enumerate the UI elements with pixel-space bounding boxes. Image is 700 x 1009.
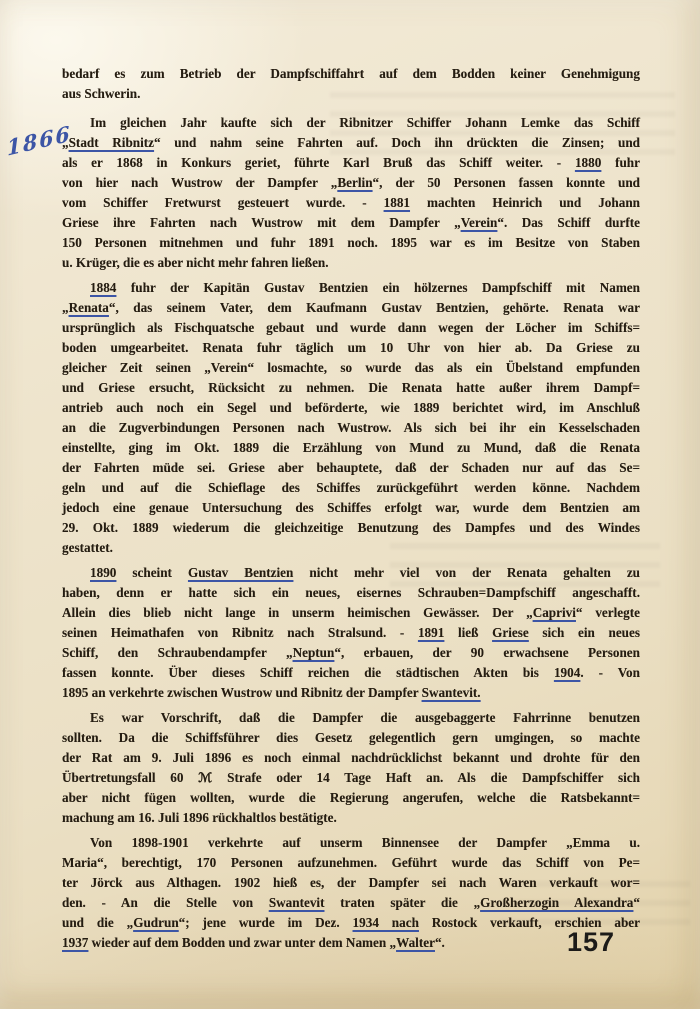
text-line: u. Krüger, die es aber nicht mehr fahren… (62, 253, 640, 273)
text-line: Es war Vorschrift, daß die Dampfer die a… (62, 708, 640, 728)
paragraph: 1890 scheint Gustav Bentzien nicht mehr … (62, 563, 640, 703)
book-page: 1866 bedarf es zum Betrieb der Dampfschi… (0, 0, 700, 1009)
text-line: vom Schiffer Fretwurst gesteuert wurde. … (62, 193, 640, 213)
text-run: nicht mehr viel von der Renata gehalten … (293, 565, 640, 580)
text-line: Schiff, den Schraubendampfer „Neptun“, e… (62, 643, 640, 663)
text-line: ursprünglich als Fischquatsche gebaut un… (62, 318, 640, 338)
paragraph: bedarf es zum Betrieb der Dampfschiffahr… (62, 64, 640, 104)
text-run: Im gleichen Jahr kaufte sich der Ribnitz… (90, 115, 640, 130)
text-line: als er 1868 in Konkurs geriet, führte Ka… (62, 153, 640, 173)
text-run: aus Schwerin. (62, 86, 140, 101)
text-run: „ (62, 135, 69, 150)
ink-underlined-text: 1881 (384, 195, 410, 210)
text-line: Übertretungsfall 60 ℳ Strafe oder 14 Tag… (62, 768, 640, 788)
text-run: “. (435, 935, 445, 950)
text-run: an die Zugverbindungen Personen nach Wus… (62, 420, 640, 435)
text-run: jedoch eine genaue Untersuchung des Schi… (62, 500, 640, 515)
ink-underlined-text: Berlin (337, 175, 372, 190)
paragraph: 1884 fuhr der Kapitän Gustav Bentzien ei… (62, 278, 640, 558)
text-run: den. - An die Stelle von (62, 895, 269, 910)
text-run: geln und auf die Schieflage des Schiffes… (62, 480, 640, 495)
text-run: haben, denn er hatte sich ein neues, eis… (62, 585, 640, 600)
text-line: gestattet. (62, 538, 640, 558)
ink-underlined-text: Renata (69, 300, 109, 315)
text-run: von hier nach Wustrow der Dampfer „ (62, 175, 337, 190)
text-run: ließ (444, 625, 492, 640)
text-run: machung am 16. Juli 1896 rückhaltlos bes… (62, 810, 337, 825)
text-run: traten später die „ (325, 895, 481, 910)
text-run: der Fahrten müde sei. Griese aber behaup… (62, 460, 640, 475)
text-line: einstellte, ging im Okt. 1889 die Erzähl… (62, 438, 640, 458)
text-line: fassen konnte. Über dieses Schiff reiche… (62, 663, 640, 683)
paragraph: Es war Vorschrift, daß die Dampfer die a… (62, 708, 640, 828)
text-line: der Rat am 9. Juli 1896 es noch einmal n… (62, 748, 640, 768)
text-line: machung am 16. Juli 1896 rückhaltlos bes… (62, 808, 640, 828)
text-line: Von 1898-1901 verkehrte auf unserm Binne… (62, 833, 640, 853)
text-line: den. - An die Stelle von Swantevit trate… (62, 893, 640, 913)
text-run: Übertretungsfall 60 ℳ Strafe oder 14 Tag… (62, 770, 640, 785)
text-run: 1895 an verkehrte zwischen Wustrow und R… (62, 685, 422, 700)
ink-underlined-text: Caprivi (533, 605, 576, 620)
text-line: Im gleichen Jahr kaufte sich der Ribnitz… (62, 113, 640, 133)
text-line: von hier nach Wustrow der Dampfer „Berli… (62, 173, 640, 193)
text-run: bedarf es zum Betrieb der Dampfschiffahr… (62, 66, 640, 81)
text-run: als er 1868 in Konkurs geriet, führte Ka… (62, 155, 575, 170)
text-run: scheint (116, 565, 188, 580)
ink-underlined-text: Stadt Ribnitz (69, 135, 154, 150)
text-run: “ und nahm seine Fahrten auf. Doch ihn d… (154, 135, 640, 150)
text-run: sollten. Da die Schiffsführer dies Geset… (62, 730, 640, 745)
text-line: gleicher Zeit seinen „Verein“ losmachte,… (62, 358, 640, 378)
text-line: 1895 an verkehrte zwischen Wustrow und R… (62, 683, 640, 703)
text-line: 1890 scheint Gustav Bentzien nicht mehr … (62, 563, 640, 583)
text-run: und Griese ersucht, Rücksicht zu nehmen.… (62, 380, 640, 395)
ink-underlined-text: Walter (396, 935, 435, 950)
text-line: Maria“, berechtigt, 170 Personen aufzune… (62, 853, 640, 873)
text-run: “ (633, 895, 640, 910)
text-run: “, erbauen, der 90 erwachsene Personen (334, 645, 640, 660)
text-run: boden umgearbeitet. Renata fuhr täglich … (62, 340, 640, 355)
text-run: „ (62, 300, 69, 315)
ink-underlined-text: Griese (492, 625, 529, 640)
ink-underlined-text: Verein (461, 215, 498, 230)
text-run: Maria“, berechtigt, 170 Personen aufzune… (62, 855, 640, 870)
text-run: wieder auf dem Bodden und zwar unter dem… (88, 935, 396, 950)
text-run: “; jene wurde im Dez. (179, 915, 353, 930)
text-line: antrieb auch noch ein Segel und beförder… (62, 398, 640, 418)
text-run: einstellte, ging im Okt. 1889 die Erzähl… (62, 440, 640, 455)
text-line: 1884 fuhr der Kapitän Gustav Bentzien ei… (62, 278, 640, 298)
text-line: 1937 wieder auf dem Bodden und zwar unte… (62, 933, 640, 953)
text-run: Es war Vorschrift, daß die Dampfer die a… (90, 710, 640, 725)
page-number: 157 (556, 927, 626, 958)
text-run: der Rat am 9. Juli 1896 es noch einmal n… (62, 750, 640, 765)
text-run: seinen Heimathafen von Ribnitz nach Stra… (62, 625, 418, 640)
text-line: 150 Personen mitnehmen und fuhr 1891 noc… (62, 233, 640, 253)
text-line: aus Schwerin. (62, 84, 640, 104)
ink-underlined-text: 1904 (554, 665, 580, 680)
page-text: bedarf es zum Betrieb der Dampfschiffahr… (62, 64, 640, 953)
text-line: Griese ihre Fahrten nach Wustrow mit dem… (62, 213, 640, 233)
ink-underlined-text: Gudrun (133, 915, 178, 930)
text-run: vom Schiffer Fretwurst gesteuert wurde. … (62, 195, 384, 210)
text-run: Von 1898-1901 verkehrte auf unserm Binne… (90, 835, 640, 850)
text-line: boden umgearbeitet. Renata fuhr täglich … (62, 338, 640, 358)
text-line: jedoch eine genaue Untersuchung des Schi… (62, 498, 640, 518)
text-run: 29. Okt. 1889 wiederum die gleichzeitige… (62, 520, 640, 535)
text-run: gleicher Zeit seinen „Verein“ losmachte,… (62, 360, 640, 375)
text-line: seinen Heimathafen von Ribnitz nach Stra… (62, 623, 640, 643)
text-run: machten Heinrich und Johann (410, 195, 640, 210)
text-run: “, der 50 Personen fassen konnte und (373, 175, 640, 190)
text-line: haben, denn er hatte sich ein neues, eis… (62, 583, 640, 603)
text-run: und die „ (62, 915, 133, 930)
ink-underlined-text: 1937 (62, 935, 88, 950)
text-line: aber nicht fügen wollten, wurde die Regi… (62, 788, 640, 808)
ink-underlined-text: Swantevit (269, 895, 325, 910)
text-run: fuhr der Kapitän Gustav Bentzien ein höl… (116, 280, 640, 295)
ink-underlined-text: 1890 (90, 565, 116, 580)
text-line: und die „Gudrun“; jene wurde im Dez. 193… (62, 913, 640, 933)
text-run: Allein dies blieb nicht lange in unserm … (62, 605, 533, 620)
text-run: fassen konnte. Über dieses Schiff reiche… (62, 665, 554, 680)
text-run: gestattet. (62, 540, 113, 555)
ink-underlined-text: 1884 (90, 280, 116, 295)
text-run: 150 Personen mitnehmen und fuhr 1891 noc… (62, 235, 640, 250)
ink-underlined-text: Großherzogin Alexandra (480, 895, 633, 910)
text-line: bedarf es zum Betrieb der Dampfschiffahr… (62, 64, 640, 84)
text-line: und Griese ersucht, Rücksicht zu nehmen.… (62, 378, 640, 398)
text-line: 29. Okt. 1889 wiederum die gleichzeitige… (62, 518, 640, 538)
text-run: antrieb auch noch ein Segel und beförder… (62, 400, 640, 415)
text-run: . - Von (580, 665, 640, 680)
text-run: ursprünglich als Fischquatsche gebaut un… (62, 320, 640, 335)
text-run: “. Das Schiff durfte (497, 215, 640, 230)
text-run: Griese ihre Fahrten nach Wustrow mit dem… (62, 215, 461, 230)
paragraph: Von 1898-1901 verkehrte auf unserm Binne… (62, 833, 640, 953)
ink-underlined-text: 1880 (575, 155, 601, 170)
text-run: u. Krüger, die es aber nicht mehr fahren… (62, 255, 329, 270)
text-line: „Stadt Ribnitz“ und nahm seine Fahrten a… (62, 133, 640, 153)
text-line: Allein dies blieb nicht lange in unserm … (62, 603, 640, 623)
ink-underlined-text: 1891 (418, 625, 444, 640)
text-run: fuhr (601, 155, 640, 170)
text-run: Schiff, den Schraubendampfer „ (62, 645, 293, 660)
text-line: ter Jörck aus Althagen. 1902 hieß es, de… (62, 873, 640, 893)
text-line: der Fahrten müde sei. Griese aber behaup… (62, 458, 640, 478)
text-line: an die Zugverbindungen Personen nach Wus… (62, 418, 640, 438)
ink-underlined-text: 1934 nach (353, 915, 419, 930)
text-run: “, das seinem Vater, dem Kaufmann Gustav… (109, 300, 640, 315)
paragraph: Im gleichen Jahr kaufte sich der Ribnitz… (62, 113, 640, 273)
text-line: „Renata“, das seinem Vater, dem Kaufmann… (62, 298, 640, 318)
ink-underlined-text: Swantevit. (422, 685, 481, 700)
text-line: geln und auf die Schieflage des Schiffes… (62, 478, 640, 498)
text-run: ter Jörck aus Althagen. 1902 hieß es, de… (62, 875, 640, 890)
text-run: sich ein neues (529, 625, 640, 640)
ink-underlined-text: Gustav Bentzien (188, 565, 293, 580)
text-line: sollten. Da die Schiffsführer dies Geset… (62, 728, 640, 748)
ink-underlined-text: Neptun (293, 645, 335, 660)
text-run: aber nicht fügen wollten, wurde die Regi… (62, 790, 640, 805)
text-run: “ verlegte (576, 605, 640, 620)
